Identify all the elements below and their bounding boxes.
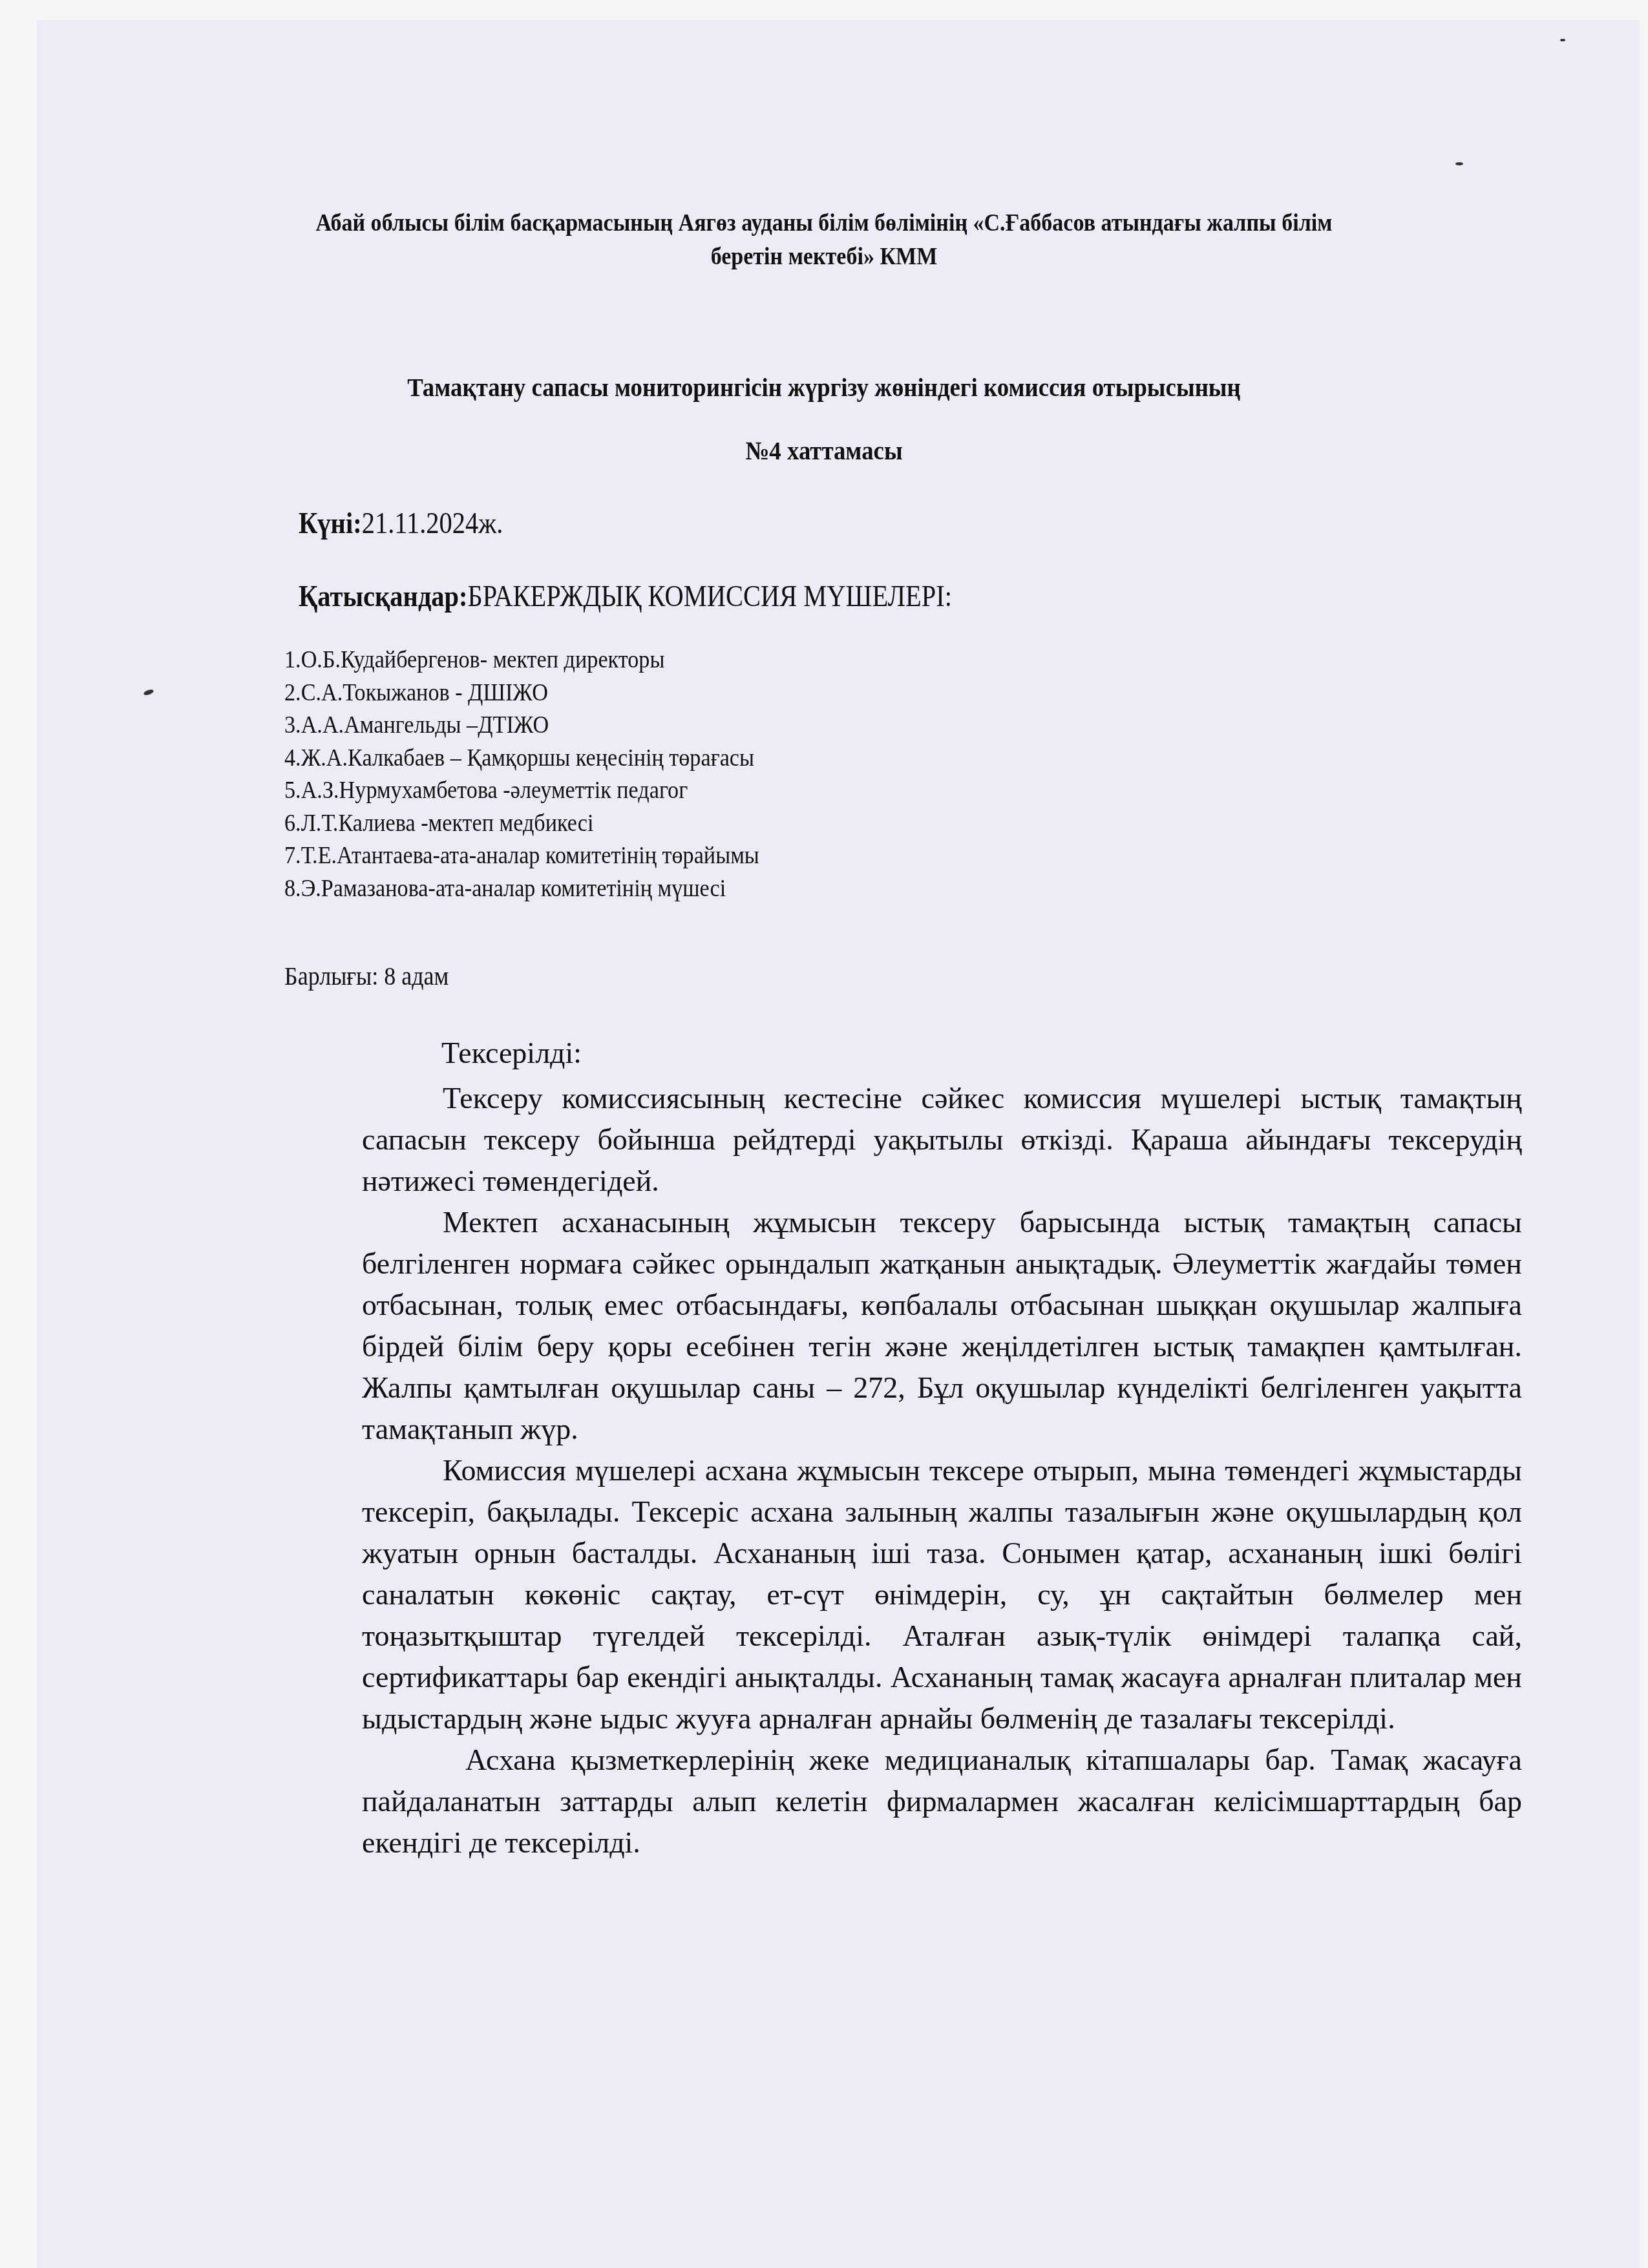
list-item: 2.С.А.Токыжанов - ДШІЖО	[284, 677, 759, 709]
scan-speck	[1560, 39, 1565, 41]
title-line2: №4 хаттамасы	[66, 436, 1582, 467]
paragraph: Асхана қызметкерлерінің жеке медицианалы…	[362, 1739, 1522, 1864]
paragraph: Мектеп асханасының жұмысын тексеру барыс…	[362, 1202, 1522, 1450]
list-item: 1.О.Б.Кудайбергенов- мектеп директоры	[284, 644, 759, 677]
paragraph: Комиссия мүшелері асхана жұмысын тексере…	[362, 1450, 1522, 1739]
members-list: 1.О.Б.Кудайбергенов- мектеп директоры 2.…	[284, 644, 759, 905]
organization-header-line2: беретін мектебі» КММ	[66, 240, 1582, 274]
list-item: 7.Т.Е.Атантаева-ата-аналар комитетінің т…	[284, 839, 759, 872]
participants-label: Қатысқандар:	[299, 580, 468, 613]
page-title: Тамақтану сапасы мониторингісін жүргізу …	[0, 372, 1648, 403]
list-item: 6.Л.Т.Калиева -мектеп медбикесі	[284, 807, 759, 840]
date-label: Күні:	[299, 507, 362, 540]
body-text: Тексеру комиссиясының кестесіне сәйкес к…	[362, 1078, 1522, 1864]
participants-value: БРАКЕРЖДЫҚ КОМИССИЯ МҮШЕЛЕРІ:	[468, 580, 952, 613]
meeting-date: Күні:21.11.2024ж.	[299, 505, 503, 541]
list-item: 5.А.З.Нурмухамбетова -әлеуметтік педагог	[284, 774, 759, 807]
participants-heading: Қатысқандар:БРАКЕРЖДЫҚ КОМИССИЯ МҮШЕЛЕРІ…	[299, 578, 952, 614]
checked-label: Тексерілді:	[441, 1035, 582, 1071]
protocol-number: №4 хаттамасы	[0, 436, 1648, 467]
list-item: 8.Э.Рамазанова-ата-аналар комитетінің мү…	[284, 872, 759, 905]
title-line1: Тамақтану сапасы мониторингісін жүргізу …	[66, 372, 1582, 403]
paragraph: Тексеру комиссиясының кестесіне сәйкес к…	[362, 1078, 1522, 1202]
participants-total: Барлығы: 8 адам	[284, 960, 449, 992]
date-value: 21.11.2024ж.	[362, 507, 503, 540]
organization-header-line1: Абай облысы білім басқармасының Аягөз ау…	[66, 207, 1582, 240]
organization-header: Абай облысы білім басқармасының Аягөз ау…	[0, 207, 1648, 274]
list-item: 4.Ж.А.Калкабаев – Қамқоршы кеңесінің төр…	[284, 742, 759, 775]
list-item: 3.А.А.Амангельды –ДТІЖО	[284, 709, 759, 742]
scan-speck	[1455, 162, 1463, 165]
